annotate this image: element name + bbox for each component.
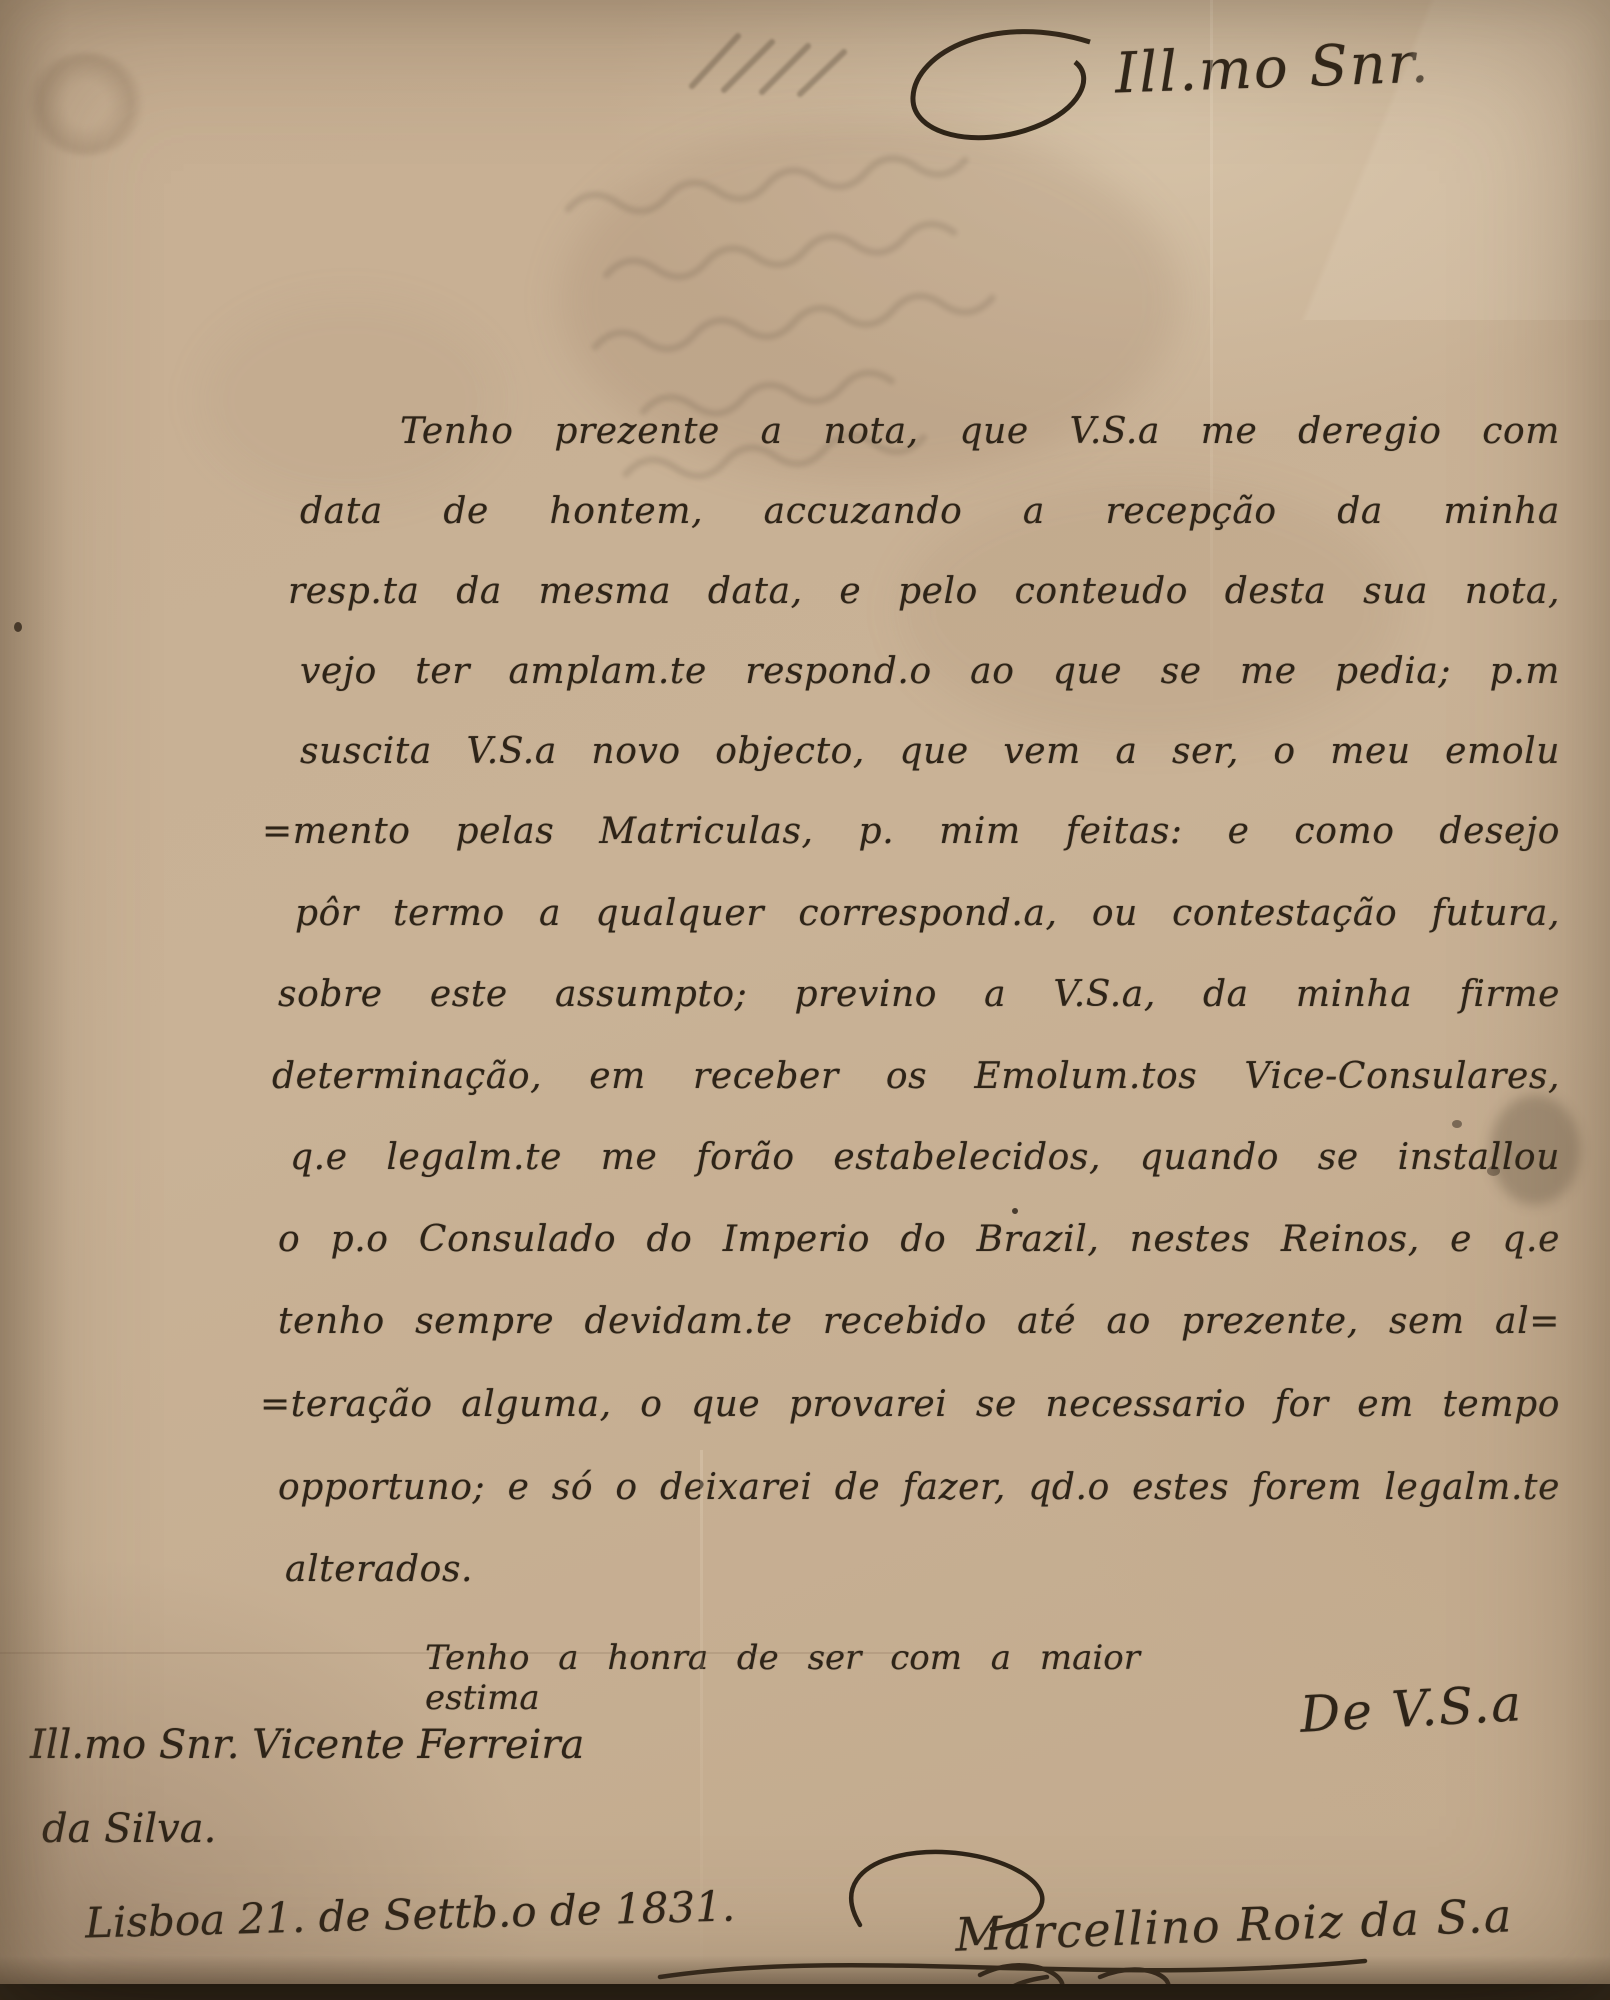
body-line: determinação, em receber os Emolum.tos V…: [272, 1055, 1560, 1098]
body-line: data de hontem, accuzando a recepção da …: [300, 490, 1560, 533]
addressee-line: da Silva.: [42, 1806, 216, 1852]
salutation: Ill.mo Snr.: [1114, 31, 1431, 107]
body-line: =teração alguma, o que provarei se neces…: [260, 1383, 1560, 1426]
valediction: De V.S.a: [1299, 1674, 1525, 1744]
pencil-smudge: [680, 18, 880, 108]
letter-page: Ill.mo Snr. Tenho prezente a nota, que V…: [0, 0, 1610, 2000]
addressee-line: Ill.mo Snr. Vicente Ferreira: [30, 1722, 584, 1768]
body-line: sobre este assumpto; previno a V.S.a, da…: [278, 973, 1560, 1016]
ink-speck: [14, 622, 22, 632]
body-line: tenho sempre devidam.te recebido até ao …: [278, 1300, 1560, 1343]
salutation-flourish: [905, 22, 1105, 162]
body-line: resp.ta da mesma data, e pelo conteudo d…: [288, 570, 1560, 613]
paper-stain: [28, 52, 144, 156]
ink-speck: [1012, 1208, 1018, 1214]
body-line: vejo ter amplam.te respond.o ao que se m…: [300, 650, 1560, 693]
body-line: o p.o Consulado do Imperio do Brazil, ne…: [278, 1218, 1560, 1261]
body-line: =mento pelas Matriculas, p. mim feitas: …: [262, 810, 1560, 853]
body-line: alterados.: [285, 1548, 1560, 1591]
body-line: suscita V.S.a novo objecto, que vem a se…: [300, 730, 1560, 773]
ink-smudge: [1490, 1095, 1580, 1205]
body-line: Tenho prezente a nota, que V.S.a me dere…: [400, 410, 1560, 453]
body-line: q.e legalm.te me forão estabelecidos, qu…: [290, 1136, 1560, 1179]
closing-line: Tenho a honra de ser com a maior estima: [425, 1638, 1140, 1718]
paper-mottle: [200, 300, 500, 500]
body-line: opportuno; e só o deixarei de fazer, qd.…: [278, 1466, 1560, 1509]
paper-edge-shading: [0, 0, 70, 2000]
ink-speck: [1452, 1120, 1462, 1128]
photo-black-edge: [0, 1984, 1610, 2000]
body-line: pôr termo a qualquer correspond.a, ou co…: [295, 892, 1560, 935]
